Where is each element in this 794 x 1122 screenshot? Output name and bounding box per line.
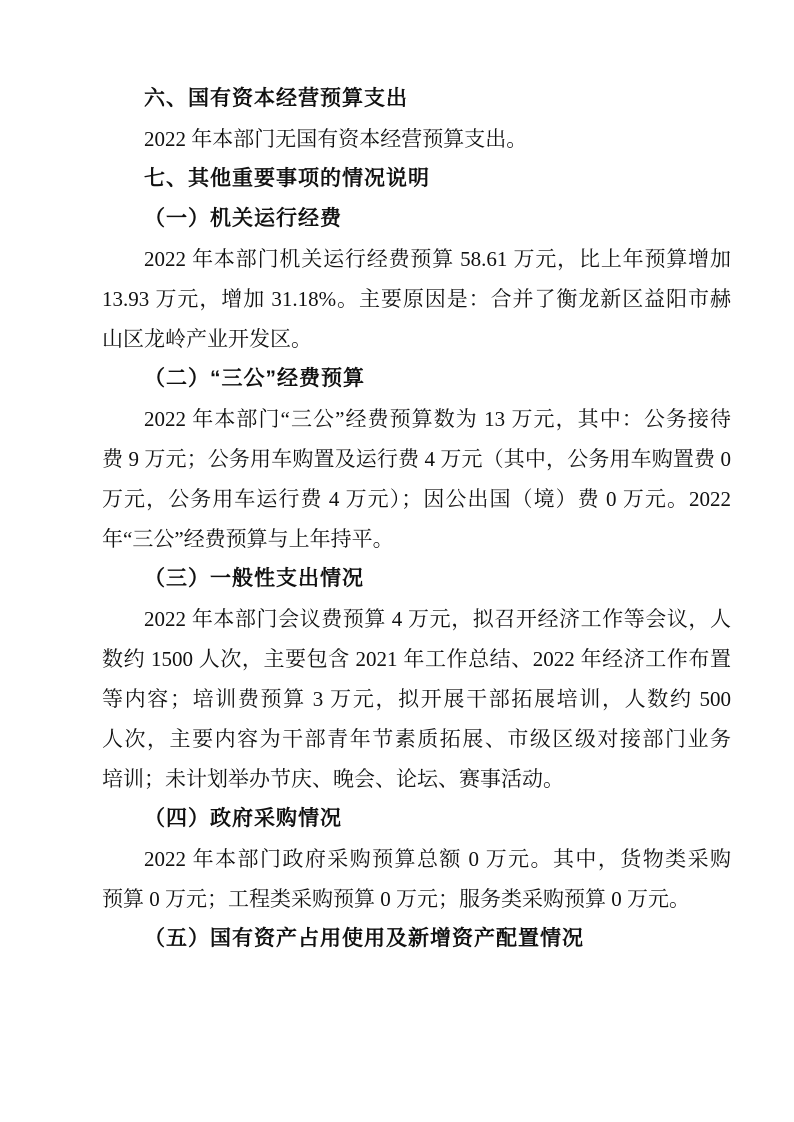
section-heading: （二）“三公”经费预算 [102, 359, 731, 399]
text-line: 2022 年本部门政府采购预算总额 0 万元。其中，货物类采购 [102, 839, 731, 879]
document-page: 六、国有资本经营预算支出2022 年本部门无国有资本经营预算支出。七、其他重要事… [0, 0, 794, 1122]
text-line: 2022 年本部门“三公”经费预算数为 13 万元，其中：公务接待 [102, 399, 731, 439]
text-line: 等内容；培训费预算 3 万元，拟开展干部拓展培训，人数约 500 [102, 679, 731, 719]
text-line: 人次，主要内容为干部青年节素质拓展、市级区级对接部门业务 [102, 719, 731, 759]
document-body: 六、国有资本经营预算支出2022 年本部门无国有资本经营预算支出。七、其他重要事… [102, 79, 731, 959]
text-line: 2022 年本部门无国有资本经营预算支出。 [102, 119, 731, 159]
text-line: 万元，公务用车运行费 4 万元）；因公出国（境）费 0 万元。2022 [102, 479, 731, 519]
text-line: 山区龙岭产业开发区。 [102, 319, 731, 359]
text-line: 费 9 万元；公务用车购置及运行费 4 万元（其中，公务用车购置费 0 [102, 439, 731, 479]
section-heading: （三）一般性支出情况 [102, 559, 731, 599]
section-heading: 七、其他重要事项的情况说明 [102, 159, 731, 199]
text-line: 2022 年本部门会议费预算 4 万元，拟召开经济工作等会议，人 [102, 599, 731, 639]
section-heading: （一）机关运行经费 [102, 199, 731, 239]
text-line: 数约 1500 人次，主要包含 2021 年工作总结、2022 年经济工作布置 [102, 639, 731, 679]
text-line: 预算 0 万元；工程类采购预算 0 万元；服务类采购预算 0 万元。 [102, 879, 731, 919]
section-heading: 六、国有资本经营预算支出 [102, 79, 731, 119]
text-line: 13.93 万元，增加 31.18%。主要原因是：合并了衡龙新区益阳市赫 [102, 279, 731, 319]
section-heading: （五）国有资产占用使用及新增资产配置情况 [102, 919, 731, 959]
section-heading: （四）政府采购情况 [102, 799, 731, 839]
text-line: 年“三公”经费预算与上年持平。 [102, 519, 731, 559]
text-line: 培训；未计划举办节庆、晚会、论坛、赛事活动。 [102, 759, 731, 799]
text-line: 2022 年本部门机关运行经费预算 58.61 万元，比上年预算增加 [102, 239, 731, 279]
